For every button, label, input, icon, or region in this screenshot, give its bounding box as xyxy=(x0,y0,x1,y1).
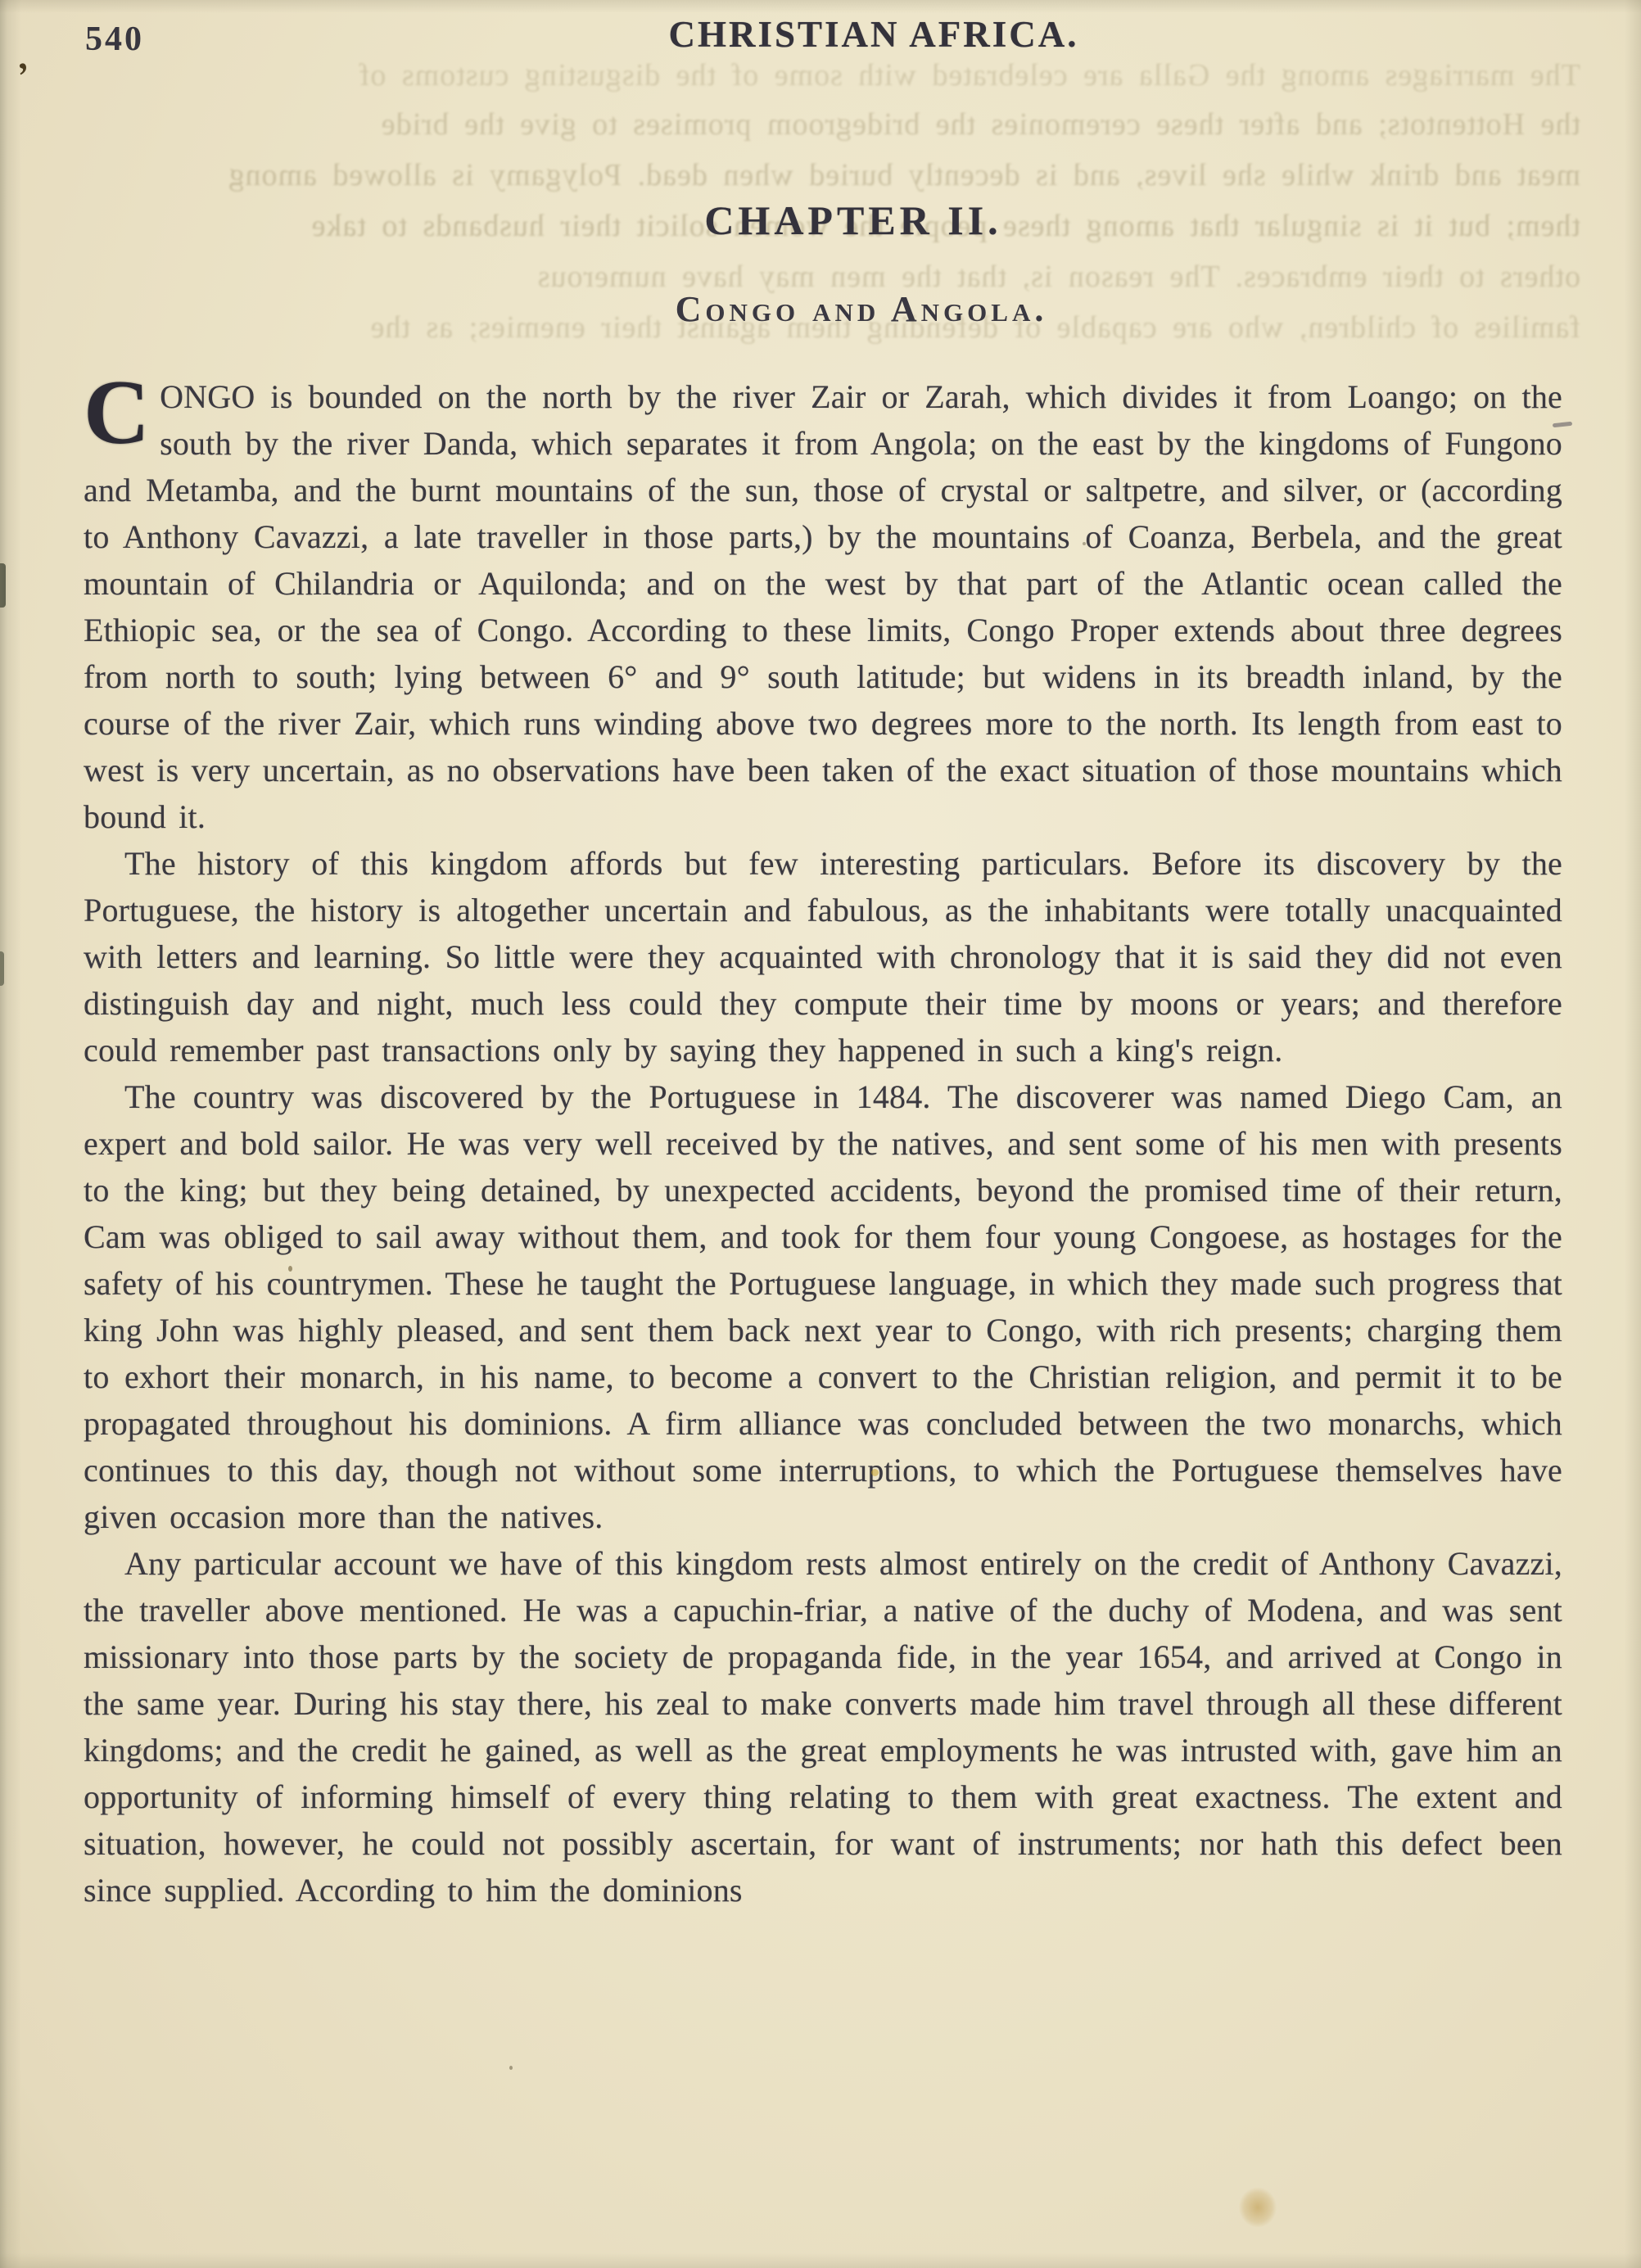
ink-speck xyxy=(509,2066,513,2070)
paragraph: The history of this kingdom affords but … xyxy=(84,840,1562,1073)
paper-stain xyxy=(1232,2180,1283,2234)
paper-edge-mark xyxy=(0,563,6,608)
book-page: The marriages among the Galla are celebr… xyxy=(0,0,1641,2268)
running-title: CHRISTIAN AFRICA. xyxy=(115,13,1633,56)
paragraph: Any particular account we have of this k… xyxy=(84,1540,1562,1913)
paragraph-text: ONGO is bounded on the north by the rive… xyxy=(84,378,1562,835)
ghost-text-line: The marriages among the Galla are celebr… xyxy=(57,57,1580,93)
paper-edge-mark xyxy=(0,951,4,986)
chapter-heading: CHAPTER II. xyxy=(66,197,1641,244)
ghost-text-line: meat and drink while she lives, and is d… xyxy=(57,157,1580,193)
ink-speck: , xyxy=(12,35,29,78)
paragraph: The country was discovered by the Portug… xyxy=(84,1073,1562,1540)
paragraph: CONGO is bounded on the north by the riv… xyxy=(84,373,1562,840)
drop-cap: C xyxy=(84,373,160,449)
chapter-subtitle: Congo and Angola. xyxy=(82,288,1641,330)
body-text: CONGO is bounded on the north by the riv… xyxy=(84,373,1562,1913)
ghost-text-line: the Hottentots; and after these ceremoni… xyxy=(57,106,1580,142)
